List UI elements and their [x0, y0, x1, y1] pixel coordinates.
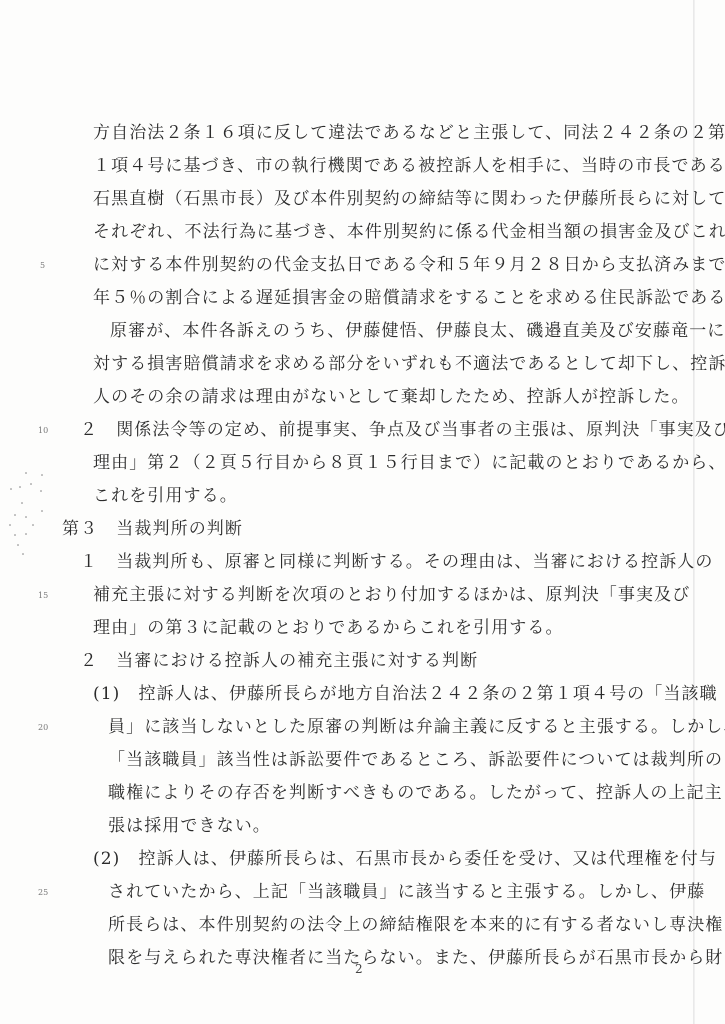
text-line: 対する損害賠償請求を求める部分をいずれも不適法であるとして却下し、控訴: [93, 354, 725, 374]
text-line: 員」に該当しないとした原審の判断は弁論主義に反すると主張する。しかし、: [108, 717, 725, 737]
scan-speckle: [25, 533, 27, 535]
scan-speckle: [9, 524, 11, 526]
text-line: 年５％の割合による遅延損害金の賠償請求をすることを求める住民訴訟である。: [93, 288, 725, 308]
scan-speckle: [10, 488, 12, 490]
text-line: 理由」第２（２頁５行目から８頁１５行目まで）に記載のとおりであるから、: [93, 453, 725, 473]
text-line: 石黒直樹（石黒市長）及び本件別契約の締結等に関わった伊藤所長らに対して、: [93, 189, 725, 209]
text-line: ２ 関係法令等の定め、前提事実、争点及び当事者の主張は、原判決「事実及び: [80, 420, 725, 440]
line-number: 15: [38, 591, 48, 601]
text-line: １項４号に基づき、市の執行機関である被控訴人を相手に、当時の市長である: [93, 156, 725, 176]
page-edge-line: [693, 0, 695, 1024]
line-number: 25: [38, 888, 48, 898]
scan-speckle: [14, 514, 16, 516]
scan-speckle: [22, 553, 24, 555]
line-number: 5: [40, 261, 45, 271]
text-line: それぞれ、不法行為に基づき、本件別契約に係る代金相当額の損害金及びこれ: [93, 222, 725, 242]
text-line: 方自治法２条１６項に反して違法であるなどと主張して、同法２４２条の２第: [93, 123, 725, 143]
scan-speckle: [14, 534, 16, 536]
line-number: 20: [38, 723, 48, 733]
scan-speckle: [21, 502, 23, 504]
scan-speckle: [25, 516, 27, 518]
text-line: に対する本件別契約の代金支払日である令和５年９月２８日から支払済みまで: [93, 255, 725, 275]
text-line: (2) 控訴人は、伊藤所長らは、石黒市長から委任を受け、又は代理権を付与: [93, 849, 717, 869]
text-line: １ 当裁判所も、原審と同様に判断する。その理由は、当審における控訴人の: [80, 552, 714, 572]
text-line: 所長らは、本件別契約の法令上の締結権限を本来的に有する者ないし専決権: [108, 915, 723, 935]
scan-speckle: [25, 472, 27, 474]
text-line: 職権によりその存否を判断すべきものである。したがって、控訴人の上記主: [108, 783, 723, 803]
line-number: 10: [38, 426, 48, 436]
text-line: (1) 控訴人は、伊藤所長らが地方自治法２４２条の２第１項４号の「当該職: [93, 684, 718, 704]
scan-speckle: [17, 544, 19, 546]
scan-speckle: [30, 483, 32, 485]
scan-speckle: [32, 524, 34, 526]
scan-speckle: [19, 486, 21, 488]
document-page: 方自治法２条１６項に反して違法であるなどと主張して、同法２４２条の２第 １項４号…: [0, 0, 725, 1024]
text-line: 限を与えられた専決権者に当たらない。また、伊藤所長らが石黒市長から財: [108, 948, 723, 968]
text-line: されていたから、上記「当該職員」に該当すると主張する。しかし、伊藤: [108, 882, 705, 902]
text-line: 人のその余の請求は理由がないとして棄却したため、控訴人が控訴した。: [93, 387, 690, 407]
text-line: 「当該職員」該当性は訴訟要件であるところ、訴訟要件については裁判所の: [108, 750, 723, 770]
page-number: 2: [355, 962, 363, 976]
text-line: 張は採用できない。: [108, 816, 271, 836]
scan-speckle: [41, 474, 43, 476]
scan-speckle: [40, 490, 42, 492]
text-line: これを引用する。: [93, 486, 238, 506]
scan-speckle: [41, 510, 43, 512]
text-line: 理由」の第３に記載のとおりであるからこれを引用する。: [93, 618, 564, 638]
section-heading: 第３ 当裁判所の判断: [62, 519, 243, 539]
subsection-heading: ２ 当審における控訴人の補充主張に対する判断: [80, 651, 478, 671]
text-line: 補充主張に対する判断を次項のとおり付加するほかは、原判決「事実及び: [93, 585, 690, 605]
text-line: 原審が、本件各訴えのうち、伊藤健悟、伊藤良太、磯邉直美及び安藤竜一に: [110, 321, 725, 341]
